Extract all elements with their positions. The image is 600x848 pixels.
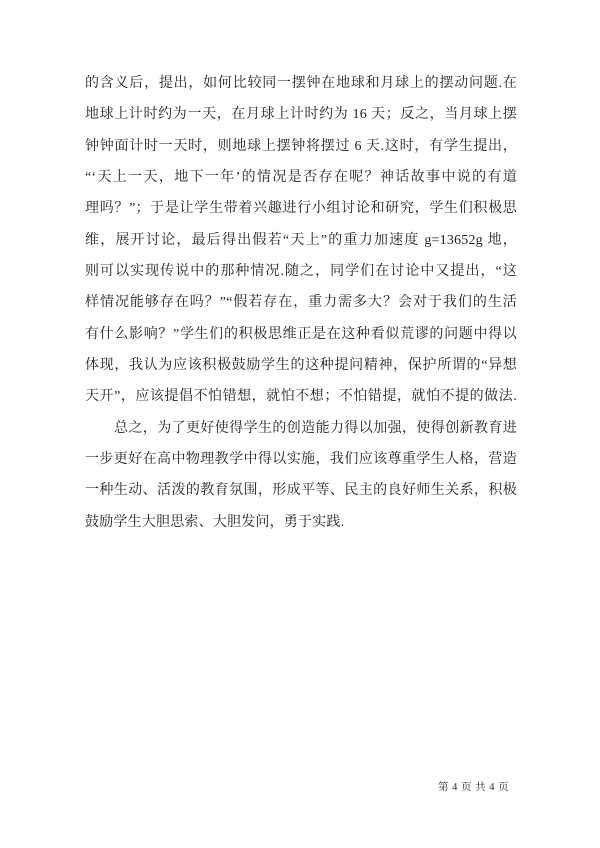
page-footer: 第 4 页 共 4 页 (438, 780, 518, 796)
text-line: 地球上计时约为一天，在月球上计时约为 16 天；反之，当月球上摆 (85, 99, 517, 130)
text-line: 鼓励学生大胆思索、大胆发问，勇于实践. (85, 507, 517, 538)
page-number-label: 第 4 页 共 4 页 (438, 782, 509, 793)
document-page: 的含义后，提出，如何比较同一摆钟在地球和月球上的摆动问题.在地球上计时约为一天，… (0, 0, 600, 848)
text-line: 样情况能够存在吗？”“假若存在，重力需多大？会对于我们的生活 (85, 287, 517, 318)
text-line: 钟钟面计时一天时，则地球上摆钟将摆过 6 天.这时，有学生提出， (85, 131, 517, 162)
text-line: 总之，为了更好使得学生的创造能力得以加强，使得创新教育进 (85, 413, 517, 444)
text-line: 理吗？”；于是让学生带着兴趣进行小组讨论和研究，学生们积极思 (85, 193, 517, 224)
text-line: 维，展开讨论，最后得出假若“天上”的重力加速度 g=13652g 地， (85, 225, 517, 256)
text-line: 天开”，应该提倡不怕错想，就怕不想；不怕错提，就怕不提的做法. (85, 381, 517, 412)
text-line: 一种生动、活泼的教育氛围，形成平等、民主的良好师生关系，积极 (85, 475, 517, 506)
paragraph: 的含义后，提出，如何比较同一摆钟在地球和月球上的摆动问题.在地球上计时约为一天，… (85, 68, 517, 413)
body-text: 的含义后，提出，如何比较同一摆钟在地球和月球上的摆动问题.在地球上计时约为一天，… (85, 68, 517, 538)
text-line: 一步更好在高中物理教学中得以实施，我们应该尊重学生人格，营造 (85, 444, 517, 475)
text-line: “‘天上一天，地下一年’的情况是否存在呢？神话故事中说的有道 (85, 162, 517, 193)
text-line: 的含义后，提出，如何比较同一摆钟在地球和月球上的摆动问题.在 (85, 68, 517, 99)
text-line: 体现，我认为应该积极鼓励学生的这种提问精神，保护所谓的“异想 (85, 350, 517, 381)
text-line: 则可以实现传说中的那种情况.随之，同学们在讨论中又提出，“这 (85, 256, 517, 287)
paragraph: 总之，为了更好使得学生的创造能力得以加强，使得创新教育进一步更好在高中物理教学中… (85, 413, 517, 538)
text-line: 有什么影响？”学生们的积极思维正是在这种看似荒谬的问题中得以 (85, 319, 517, 350)
